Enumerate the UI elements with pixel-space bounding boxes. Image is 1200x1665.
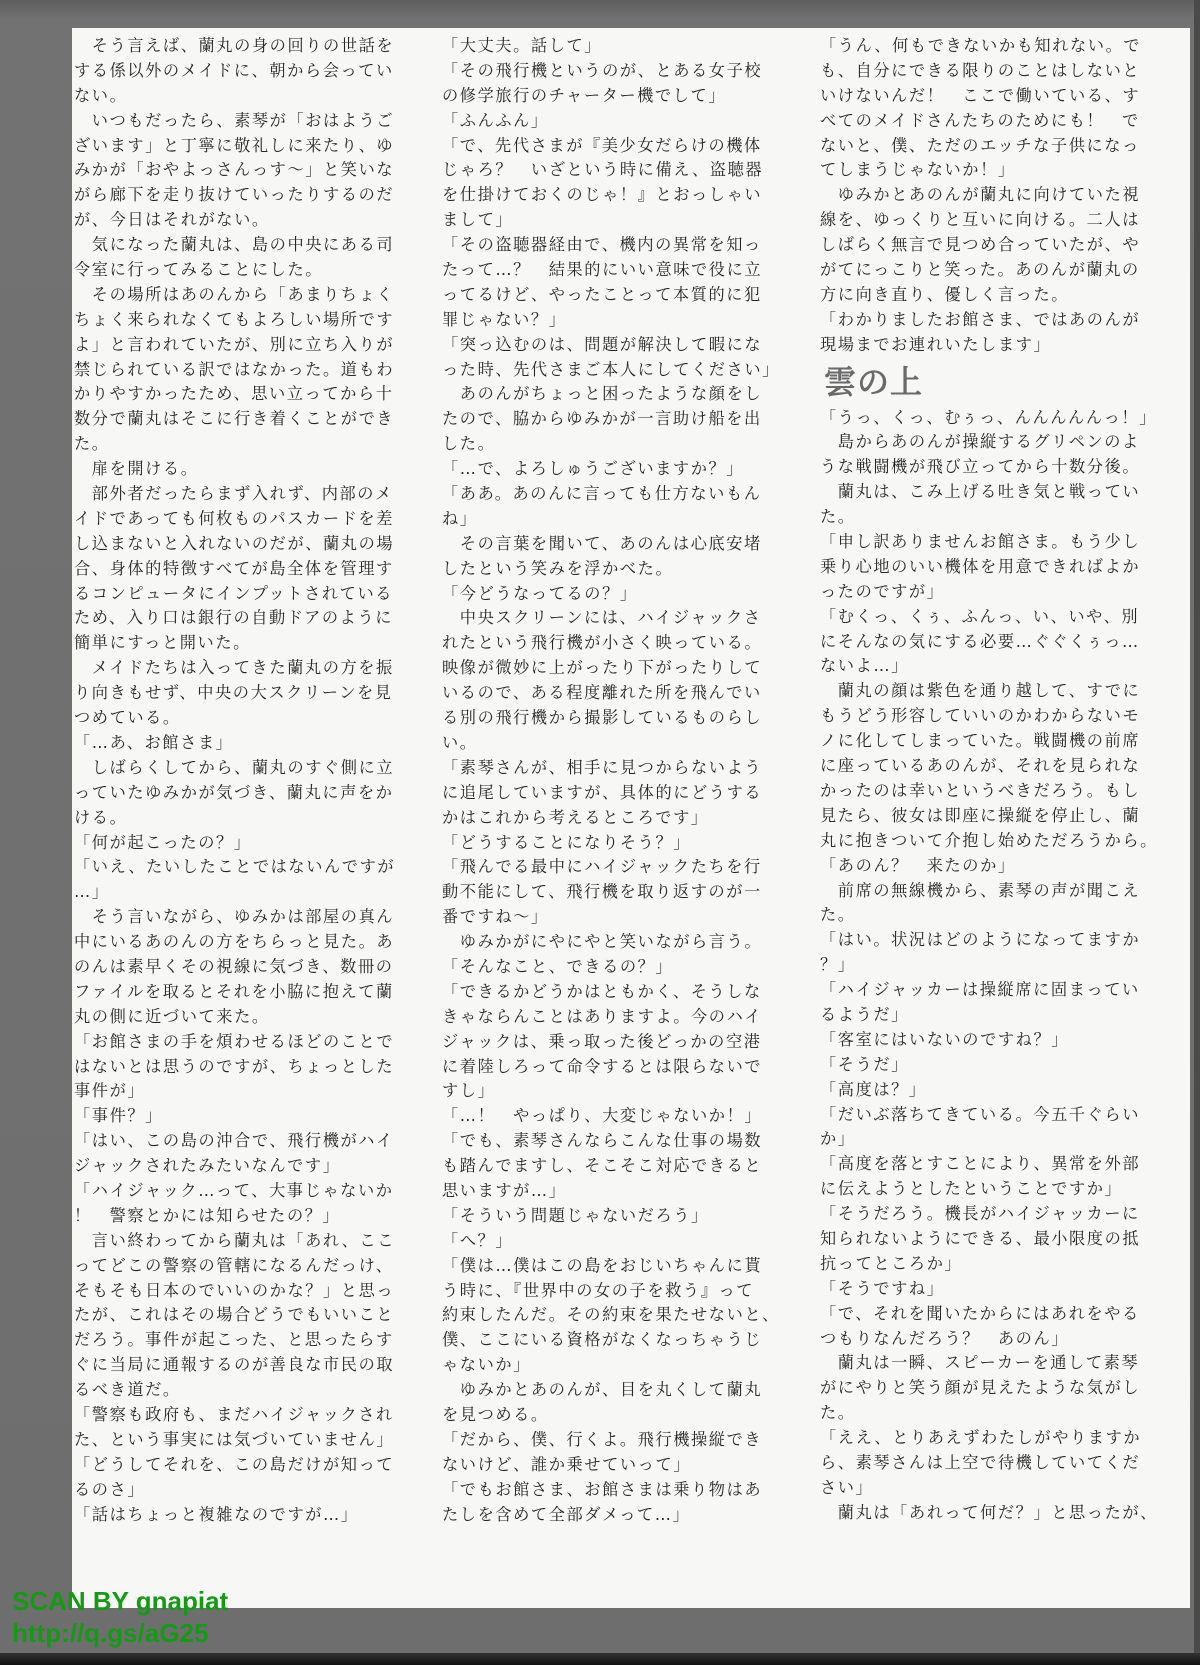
text-line: 「飛んでる最中にハイジャックたちを行 [442,855,778,880]
text-line: メイドたちは入ってきた蘭丸の方を振 [74,656,406,681]
text-line: 「でも、素琴さんならこんな仕事の場数 [442,1129,778,1154]
text-line: まして」 [442,208,778,233]
text-line: 約束したんだ。その約束を果たせないと、 [442,1303,778,1328]
text-line: り向きもせず、中央の大スクリーンを見 [74,681,406,706]
text-line: したという笑みを浮かべた。 [442,557,778,582]
text-block-before-heading: 「うん、何もできないかも知れない。でも、自分にできる限りのことはしないといけない… [820,34,1170,358]
text-line: に着陸しろって命令するとは限らないで [442,1055,778,1080]
text-line: 「…で、よろしゅうございますか？」 [442,457,778,482]
text-line: が、今日はそれがない。 [74,208,406,233]
text-line: その場所はあのんから「あまりちょく [74,283,406,308]
text-line: 乗り心地のいい機体を用意できればよか [820,555,1170,580]
text-line: 僕、ここにいる資格がなくなっちゃうじ [442,1328,778,1353]
text-line: みかが「おやよっさんっす～」と笑いな [74,158,406,183]
text-line: 「何が起こったの？」 [74,831,406,856]
text-line: ゆみかがにやにやと笑いながら言う。 [442,930,778,955]
text-line: 「客室にはいないのですね？」 [820,1028,1170,1053]
text-line: 「そうだ」 [820,1053,1170,1078]
text-line: を仕掛けておくのじゃ！』とおっしゃい [442,183,778,208]
text-line: よ」と言われていたが、別に立ち入りが [74,333,406,358]
text-line: もうどう形容していいのかわからないモ [820,704,1170,729]
text-line: を見つめる。 [442,1403,778,1428]
text-line: ら、素琴さんは上空で待機していてくだ [820,1451,1170,1476]
text-line: 気になった蘭丸は、島の中央にある司 [74,233,406,258]
text-line: 「…あ、お館さま」 [74,731,406,756]
text-line: 蘭丸は、こみ上げる吐き気と戦ってい [820,480,1170,505]
text-line: 「むくっ、くぅ、ふんっ、い、いや、別 [820,605,1170,630]
text-line: さい」 [820,1476,1170,1501]
text-line: その言葉を聞いて、あのんは心底安堵 [442,532,778,557]
text-line: 「申し訳ありませんお館さま。もう少し [820,530,1170,555]
text-line: るようだ」 [820,1003,1170,1028]
text-line: 蘭丸は一瞬、スピーカーを通して素琴 [820,1351,1170,1376]
text-line: いつもだったら、素琴が「おはようご [74,109,406,134]
text-line: 「お館さまの手を煩わせるほどのことで [74,1030,406,1055]
text-line: すし」 [442,1079,778,1104]
text-line: 「どうしてそれを、この島だけが知って [74,1453,406,1478]
bottom-edge-shadow [0,1653,1200,1665]
text-line: 島からあのんが操縦するグリペンのよ [820,430,1170,455]
text-line: イドであっても何枚ものパスカードを差 [74,507,406,532]
text-line: た。 [820,903,1170,928]
text-line: はないとは思うのですが、ちょっとした [74,1055,406,1080]
text-line: ちょく来られなくてもよろしい場所です [74,308,406,333]
text-line: かはこれから考えるところです」 [442,806,778,831]
text-line: のんは素早くその視線に気づき、数冊の [74,955,406,980]
text-line: そう言いながら、ゆみかは部屋の真ん [74,905,406,930]
text-line: う時に、『世界中の女の子を救う』って [442,1279,778,1304]
text-line: した。 [442,432,778,457]
text-line: に伝えようとしたということですか」 [820,1177,1170,1202]
text-line: ゃないか」 [442,1353,778,1378]
text-line: 中央スクリーンには、ハイジャックさ [442,606,778,631]
text-line: 知られないようにできる、最小限度の抵 [820,1227,1170,1252]
text-line: 「ハイジャッカーは操縦席に固まってい [820,978,1170,1003]
text-line: った時、先代さまご本人にしてください」 [442,358,778,383]
text-line: がてにっこりと笑った。あのんが蘭丸の [820,258,1170,283]
text-line: ないけど、誰か乗せていって」 [442,1453,778,1478]
text-line: ぐに当局に通報するのが善良な市民の取 [74,1353,406,1378]
text-line: 「…！ やっぱり、大変じゃないか！」 [442,1104,778,1129]
text-line: 「うん、何もできないかも知れない。で [820,34,1170,59]
text-line: 「いえ、たいしたことではないんですが [74,855,406,880]
text-line: るのさ」 [74,1478,406,1503]
text-line: 「素琴さんが、相手に見つからないよう [442,756,778,781]
text-line: 「だから、僕、行くよ。飛行機操縦でき [442,1428,778,1453]
text-line: ってどこの警察の管轄になるんだっけ、 [74,1254,406,1279]
text-line: し込まないと入れないのだが、蘭丸の場 [74,532,406,557]
text-line: いるので、ある程度離れた所を飛んでい [442,681,778,706]
text-line: も、自分にできる限りのことはしないと [820,59,1170,84]
book-page: そう言えば、蘭丸の身の回りの世話をする係以外のメイドに、朝から会っていない。 い… [72,28,1190,1608]
text-line: 現場までお連れいたします」 [820,333,1170,358]
text-line: 「その飛行機というのが、とある女子校 [442,59,778,84]
text-line: れたという飛行機が小さく映っている。 [442,631,778,656]
text-line: 「どうすることになりそう？」 [442,831,778,856]
text-line: 「事件？」 [74,1104,406,1129]
text-line: 「へ？」 [442,1229,778,1254]
text-line: た。 [820,1401,1170,1426]
text-line: 「で、それを聞いたからにはあれをやる [820,1302,1170,1327]
text-line: ？」 [820,953,1170,978]
text-line: 「そうですね」 [820,1277,1170,1302]
text-line: 番ですね～」 [442,905,778,930]
text-line: かったのは幸いというべきだろう。もし [820,779,1170,804]
text-line: い。 [442,731,778,756]
text-line: がら廊下を走り抜けていったりするのだ [74,183,406,208]
page-edge-shadow [1194,0,1200,1665]
text-line: に座っているあのんが、それを見られな [820,754,1170,779]
text-line: 「できるかどうかはともかく、そうしな [442,980,778,1005]
text-line: つもりなんだろう？ あのん」 [820,1327,1170,1352]
scan-credit-watermark: SCAN BY gnapiat [12,1586,228,1616]
text-line: 丸に抱きついて介抱し始めただろうから。 [820,829,1170,854]
text-line: 蘭丸の顔は紫色を通り越して、すでに [820,679,1170,704]
text-line: ないと、僕、ただのエッチな子供になっ [820,134,1170,159]
text-line: 禁じられている訳ではなかった。道もわ [74,358,406,383]
text-column-left: そう言えば、蘭丸の身の回りの世話をする係以外のメイドに、朝から会っていない。 い… [74,34,406,1527]
text-line: ノに化してしまっていた。戦闘機の前席 [820,729,1170,754]
text-line: 「高度は？」 [820,1078,1170,1103]
text-line: ゆみかとあのんが、目を丸くして蘭丸 [442,1378,778,1403]
text-line: る別の飛行機から撮影しているものらし [442,706,778,731]
text-line: 「で、先代さまが『美少女だらけの機体 [442,134,778,159]
text-line: 見たら、彼女は即座に操縦を停止し、蘭 [820,804,1170,829]
text-line: 「大丈夫。話して」 [442,34,778,59]
text-column-right: 「うん、何もできないかも知れない。でも、自分にできる限りのことはしないといけない… [820,34,1170,1526]
text-line: 方に向き直り、優しく言った。 [820,283,1170,308]
text-line: たしを含めて全部ダメって…」 [442,1503,778,1528]
text-line: 「そうだろう。機長がハイジャッカーに [820,1202,1170,1227]
text-line: か」 [820,1127,1170,1152]
text-line: ったのですが」 [820,580,1170,605]
text-line: たって…？ 結果的にいい意味で役に立 [442,258,778,283]
text-line: 「今どうなってるの？」 [442,582,778,607]
text-line: 扉を開ける。 [74,457,406,482]
text-line: ない。 [74,84,406,109]
section-heading: 雲の上 [820,360,1170,404]
text-line: 「ああ。あのんに言っても仕方ないもん [442,482,778,507]
text-line: 「ふんふん」 [442,109,778,134]
text-line: るコンピュータにインプットされている [74,582,406,607]
text-line: 「高度を落とすことにより、異常を外部 [820,1152,1170,1177]
text-line: 「はい。状況はどのようになってますか [820,928,1170,953]
text-line: 「話はちょっと複雑なのですが…」 [74,1503,406,1528]
text-block-after-heading: 「うっ、くっ、むぅっ、んんんんんっ！」 島からあのんが操縦するグリペンのような戦… [820,406,1170,1526]
text-line: の修学旅行のチャーター機でして」 [442,84,778,109]
scan-url-watermark: http://q.gs/aG25 [12,1618,208,1648]
text-line: いけないんだ！ ここで働いている、す [820,84,1170,109]
text-line: 中にいるあのんの方をちらっと見た。あ [74,930,406,955]
text-line: 「でもお館さま、お館さまは乗り物はあ [442,1478,778,1503]
text-line: しばらく無言で見つめ合っていたが、や [820,233,1170,258]
text-line: 「その盗聴器経由で、機内の異常を知っ [442,233,778,258]
text-line: てしまうじゃないか！」 [820,158,1170,183]
text-line: るべき道だ。 [74,1378,406,1403]
text-line: だろう。事件が起こった、と思ったらす [74,1328,406,1353]
text-line: た、という事実には気づいていません」 [74,1428,406,1453]
text-line: も踏んでますし、そこそこ対応できると [442,1154,778,1179]
text-line: ため、入り口は銀行の自動ドアのように [74,606,406,631]
text-line: 丸の側に近づいて来た。 [74,1005,406,1030]
text-line: あのんがちょっと困ったような顔をし [442,382,778,407]
text-line: 数分で蘭丸はそこに行き着くことができ [74,407,406,432]
text-line: 「ええ、とりあえずわたしがやりますか [820,1426,1170,1451]
text-line: 言い終わってから蘭丸は「あれ、ここ [74,1229,406,1254]
text-line: 「警察も政府も、まだハイジャックされ [74,1403,406,1428]
text-line: 簡単にすっと開いた。 [74,631,406,656]
text-line: つめている。 [74,706,406,731]
text-line: 「はい、この島の沖合で、飛行機がハイ [74,1129,406,1154]
text-line: 前席の無線機から、素琴の声が聞こえ [820,879,1170,904]
text-line: しばらくしてから、蘭丸のすぐ側に立 [74,756,406,781]
text-line: ゆみかとあのんが蘭丸に向けていた視 [820,183,1170,208]
text-line: 罪じゃない？」 [442,308,778,333]
text-line: たが、これはその場合どうでもいいこと [74,1303,406,1328]
text-line: 合、身体的特徴すべてが島全体を管理す [74,557,406,582]
text-line: 事件が」 [74,1079,406,1104]
text-line: 「そんなこと、できるの？」 [442,955,778,980]
text-line: 動不能にして、飛行機を取り返すのが一 [442,880,778,905]
text-line: 「あのん？ 来たのか」 [820,854,1170,879]
text-line: 蘭丸は「あれって何だ？」と思ったが、 [820,1501,1170,1526]
text-line: する係以外のメイドに、朝から会ってい [74,59,406,84]
text-line: 部外者だったらまず入れず、内部のメ [74,482,406,507]
text-line: にそんなの気にする必要…ぐぐくぅっ… [820,630,1170,655]
text-line: うな戦闘機が飛び立ってから十数分後。 [820,455,1170,480]
text-line: 抗ってところか」 [820,1252,1170,1277]
text-line: そもそも日本のでいいのかな？」と思っ [74,1279,406,1304]
text-line: ジャックは、乗っ取った後どっかの空港 [442,1030,778,1055]
text-line: ってるけど、やったことって本質的に犯 [442,283,778,308]
text-line: ざいます」と丁寧に敬礼しに来たり、ゆ [74,134,406,159]
text-line: 「僕は…僕はこの島をおじいちゃんに貰 [442,1254,778,1279]
text-line: 令室に行ってみることにした。 [74,258,406,283]
text-line: べてのメイドさんたちのためにも！ で [820,109,1170,134]
text-line: ファイルを取るとそれを小脇に抱えて蘭 [74,980,406,1005]
text-line: 「だいぶ落ちてきている。今五千ぐらい [820,1103,1170,1128]
text-line: じゃろ？ いざという時に備え、盗聴器 [442,158,778,183]
text-line: そう言えば、蘭丸の身の回りの世話を [74,34,406,59]
text-line: ジャックされたみたいなんです」 [74,1154,406,1179]
text-line: に追尾していますが、具体的にどうする [442,781,778,806]
text-line: たので、脇からゆみかが一言助け船を出 [442,407,778,432]
text-line: ！ 警察とかには知らせたの？」 [74,1204,406,1229]
text-line: 「ハイジャック…って、大事じゃないか [74,1179,406,1204]
text-line: 「うっ、くっ、むぅっ、んんんんんっ！」 [820,406,1170,431]
text-line: 「わかりましたお館さま、ではあのんが [820,308,1170,333]
text-line: た。 [820,505,1170,530]
text-line: がにやりと笑う顔が見えたような気がし [820,1376,1170,1401]
text-line: …」 [74,880,406,905]
text-line: 「そういう問題じゃないだろう」 [442,1204,778,1229]
text-line: 思いますが…」 [442,1179,778,1204]
text-line: ないよ…」 [820,654,1170,679]
text-line: ける。 [74,806,406,831]
text-line: 映像が微妙に上がったり下がったりして [442,656,778,681]
text-line: 「突っ込むのは、問題が解決して暇にな [442,333,778,358]
text-line: た。 [74,432,406,457]
text-column-middle: 「大丈夫。話して」「その飛行機というのが、とある女子校の修学旅行のチャーター機で… [442,34,778,1527]
text-line: 線を、ゆっくりと互いに向ける。二人は [820,208,1170,233]
text-line: かりやすかったため、思い立ってから十 [74,382,406,407]
text-line: ね」 [442,507,778,532]
text-line: きゃならんことはありますよ。今のハイ [442,1005,778,1030]
text-line: っていたゆみかが気づき、蘭丸に声をか [74,781,406,806]
